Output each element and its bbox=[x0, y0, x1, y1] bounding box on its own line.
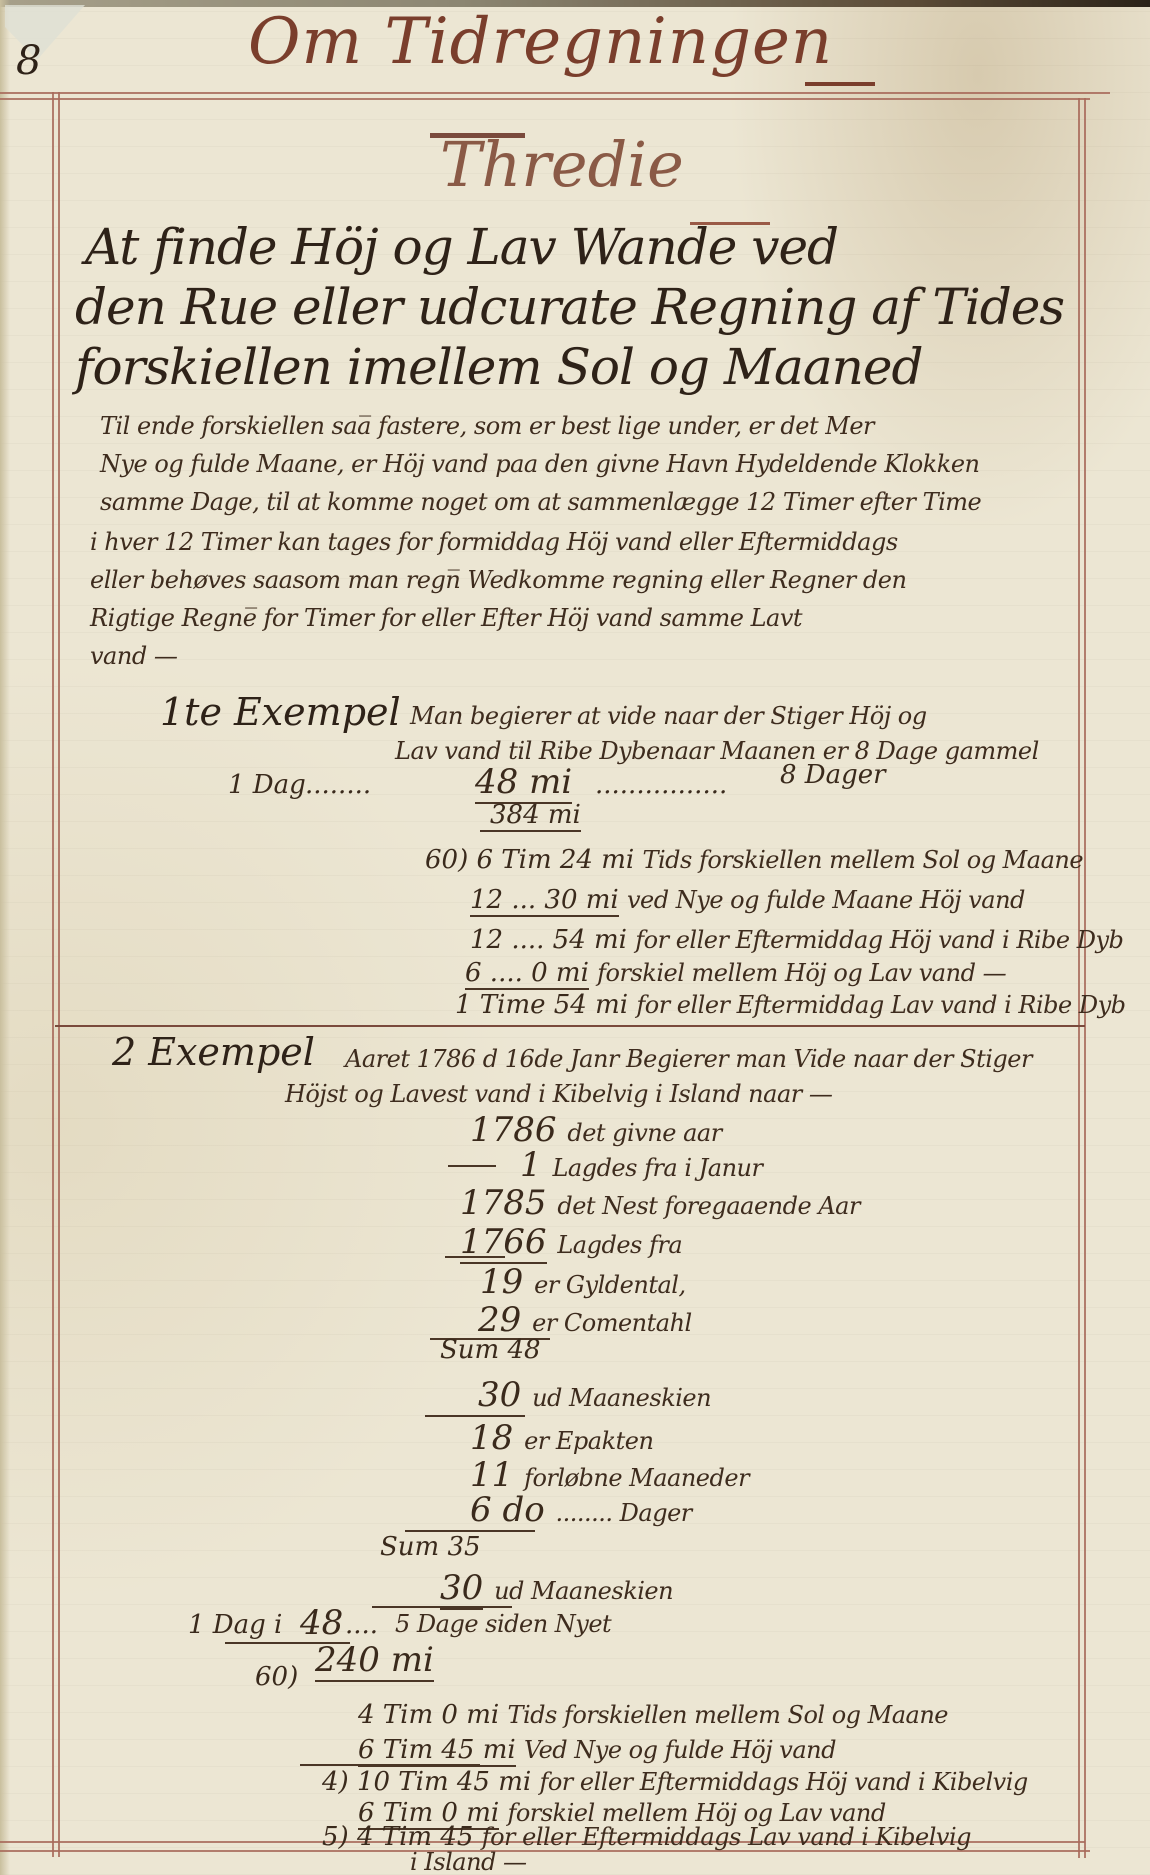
intro-line-7: vand — bbox=[90, 642, 177, 670]
example-1-line-3-text: for eller Eftermiddag Höj vand i Ribe Dy… bbox=[635, 926, 1123, 954]
example-2-step-1-text: det givne aar bbox=[567, 1119, 721, 1147]
example-2-question-1: Aaret 1786 d 16de Janr Begierer man Vide… bbox=[345, 1045, 1032, 1073]
example-2-step-8: 30 ud Maaneskien bbox=[478, 1375, 711, 1415]
example-2-step-5-value: 19 bbox=[480, 1262, 523, 1302]
example-1-line-5-text: for eller Eftermiddag Lav vand i Ribe Dy… bbox=[636, 991, 1125, 1019]
example-2-step-2: 1 Lagdes fra i Janur bbox=[520, 1145, 763, 1185]
example-2-step-4-rule bbox=[445, 1256, 505, 1258]
intro-line-4: i hver 12 Timer kan tages for formiddag … bbox=[90, 528, 898, 556]
example-1-question-1: Man begierer at vide naar der Stiger Höj… bbox=[410, 702, 927, 730]
example-2-step-8-text: ud Maaneskien bbox=[532, 1384, 711, 1412]
example-1-line-2-text: ved Nye og fulde Maane Höj vand bbox=[627, 886, 1025, 914]
example-1-line-3-value: 12 .... 54 mi bbox=[470, 925, 627, 955]
example-2-line-2-value: 6 Tim 45 mi bbox=[358, 1735, 516, 1767]
example-2-step-13-rule bbox=[372, 1606, 512, 1608]
page-number: 8 bbox=[16, 38, 41, 84]
intro-line-6: Rigtige Regne̅ for Timer for eller Efter… bbox=[90, 604, 802, 632]
example-2-line-3-value: 10 Tim 45 mi bbox=[357, 1767, 531, 1797]
example-1-line-1-text: Tids forskiellen mellem Sol og Maane bbox=[642, 846, 1083, 874]
example-1-dots: ........ bbox=[305, 770, 371, 800]
example-2-step-13-text: ud Maaneskien bbox=[494, 1577, 673, 1605]
example-2-line-3-text: for eller Eftermiddags Höj vand i Kibelv… bbox=[539, 1768, 1027, 1796]
heading-line-3: forskiellen imellem Sol og Maaned bbox=[75, 338, 922, 396]
heading-line-1: At finde Höj og Lav Wande ved bbox=[85, 218, 838, 276]
example-2-step-2-text: Lagdes fra i Janur bbox=[552, 1154, 762, 1182]
running-title: Om Tidregningen bbox=[248, 5, 833, 79]
example-2-line-3-prefix: 4) bbox=[322, 1767, 349, 1797]
example-1-line-3: 12 .... 54 mi for eller Eftermiddag Höj … bbox=[470, 925, 1123, 955]
example-2-label: 2 Exempel bbox=[112, 1030, 315, 1074]
example-2-line-2-text: Ved Nye og fulde Höj vand bbox=[524, 1736, 836, 1764]
intro-line-5: eller behøves saasom man regn̅ Wedkomme … bbox=[90, 566, 906, 594]
example-2-line-1-text: Tids forskiellen mellem Sol og Maane bbox=[507, 1701, 948, 1729]
example-1-line-1-prefix: 60) bbox=[425, 845, 468, 875]
example-2-step-8-rule bbox=[425, 1415, 525, 1417]
example-2-step-3-text: det Nest foregaaende Aar bbox=[557, 1192, 860, 1220]
example-2-line-5-text: for eller Eftermiddags Lav vand i Kibelv… bbox=[482, 1823, 971, 1851]
title-flourish bbox=[805, 82, 875, 86]
example-2-step-9-value: 18 bbox=[470, 1418, 513, 1458]
example-2-step-6: 29 er Comentahl bbox=[478, 1300, 692, 1340]
example-2-step-10-value: 11 bbox=[470, 1455, 513, 1495]
example-2-step-3: 1785 det Nest foregaaende Aar bbox=[460, 1183, 860, 1223]
example-1-line-4: 6 .... 0 mi forskiel mellem Höj og Lav v… bbox=[465, 958, 1006, 988]
section-title: Thredie bbox=[440, 128, 684, 201]
intro-line-2: Nye og fulde Maane, er Höj vand paa den … bbox=[100, 450, 980, 478]
intro-line-1: Til ende forskiellen saa̅ fastere, som e… bbox=[100, 412, 874, 440]
example-1-line-5: 1 Time 54 mi for eller Eftermiddag Lav v… bbox=[455, 990, 1126, 1020]
example-1-line-2-value: 12 ... 30 mi bbox=[470, 885, 619, 917]
example-2-sum-2: Sum 35 bbox=[380, 1532, 481, 1562]
example-2-day-dots: .... bbox=[345, 1610, 378, 1640]
example-1-days: 8 Dager bbox=[780, 760, 886, 790]
frame-left-rule-2 bbox=[58, 92, 60, 1857]
example-1-line-2: 12 ... 30 mi ved Nye og fulde Maane Höj … bbox=[470, 885, 1025, 915]
example-divider bbox=[55, 1025, 1085, 1027]
example-2-step-3-value: 1785 bbox=[460, 1183, 547, 1223]
example-2-step-9: 18 er Epakten bbox=[470, 1418, 653, 1458]
example-2-line-5-prefix: 5) bbox=[322, 1822, 349, 1852]
example-2-step-10: 11 forløbne Maaneder bbox=[470, 1455, 749, 1495]
example-1-label: 1te Exempel bbox=[160, 690, 401, 734]
frame-right-rule-1 bbox=[1078, 98, 1080, 1858]
example-2-day-text: 5 Dage siden Nyet bbox=[395, 1610, 611, 1638]
example-2-line-2: 6 Tim 45 mi Ved Nye og fulde Höj vand bbox=[358, 1735, 836, 1765]
example-1-day-label: 1 Dag bbox=[228, 770, 306, 800]
example-2-step-6-text: er Comentahl bbox=[532, 1309, 692, 1337]
section-title-flourish bbox=[430, 133, 525, 138]
example-2-step-4-text: Lagdes fra bbox=[557, 1231, 682, 1259]
example-2-step-5-text: er Gyldental, bbox=[534, 1271, 686, 1299]
example-2-line-6: i Island — bbox=[410, 1848, 527, 1875]
example-2-step-11: 6 do ........ Dager bbox=[470, 1490, 692, 1530]
example-2-step-13-value: 30 bbox=[440, 1568, 483, 1610]
example-2-step-8-value: 30 bbox=[478, 1375, 521, 1417]
example-2-total: 240 mi bbox=[315, 1640, 434, 1682]
example-2-step-2-value: 1 bbox=[520, 1145, 542, 1185]
example-1-question-2: Lav vand til Ribe Dybenaar Maanen er 8 D… bbox=[395, 737, 1039, 765]
example-2-line-3: 4) 10 Tim 45 mi for eller Eftermiddags H… bbox=[322, 1767, 1028, 1797]
intro-line-3: samme Dage, til at komme noget om at sam… bbox=[100, 488, 981, 516]
manuscript-page: 8 Om Tidregningen Thredie At finde Höj o… bbox=[0, 0, 1150, 1875]
example-2-step-11-value: 6 do bbox=[470, 1490, 545, 1530]
frame-right-rule-2 bbox=[1084, 98, 1086, 1858]
frame-top-rule-1 bbox=[0, 92, 1110, 94]
example-1-line-4-text: forskiel mellem Höj og Lav vand — bbox=[597, 959, 1006, 987]
example-2-step-11-text: ........ Dager bbox=[556, 1499, 692, 1527]
page-binding-edge bbox=[0, 0, 10, 1875]
example-2-line-1: 4 Tim 0 mi Tids forskiellen mellem Sol o… bbox=[358, 1700, 948, 1730]
example-2-step-6-value: 29 bbox=[478, 1300, 521, 1340]
example-1-minutes-per-day: 48 mi bbox=[475, 762, 572, 804]
example-1-line-1: 60) 6 Tim 24 mi Tids forskiellen mellem … bbox=[425, 845, 1083, 875]
frame-top-rule-2 bbox=[0, 98, 1090, 100]
example-1-product: 384 mi bbox=[480, 800, 581, 832]
example-2-step-5: 19 er Gyldental, bbox=[480, 1262, 686, 1302]
example-2-line-2-rule bbox=[300, 1764, 480, 1766]
example-2-step-1: 1786 det givne aar bbox=[470, 1110, 722, 1150]
example-1-right-dots: ................ bbox=[595, 770, 727, 800]
example-1-line-4-value: 6 .... 0 mi bbox=[465, 958, 589, 990]
example-2-day-value: 48 bbox=[300, 1603, 343, 1643]
example-2-step-2-rule bbox=[448, 1165, 496, 1167]
example-1-line-5-value: 1 Time 54 mi bbox=[455, 990, 628, 1020]
example-1-line-1-value: 6 Tim 24 mi bbox=[477, 845, 635, 875]
example-2-line-1-value: 4 Tim 0 mi bbox=[358, 1700, 499, 1730]
heading-line-2: den Rue eller udcurate Regning af Tides bbox=[75, 278, 1064, 336]
example-2-step-10-text: forløbne Maaneder bbox=[524, 1464, 749, 1492]
example-2-step-9-text: er Epakten bbox=[524, 1427, 653, 1455]
example-2-prefix: 60) bbox=[255, 1662, 298, 1692]
example-2-step-13: 30 ud Maaneskien bbox=[440, 1568, 673, 1608]
frame-left-rule-1 bbox=[52, 92, 54, 1857]
example-2-sum-1: Sum 48 bbox=[440, 1335, 541, 1365]
example-2-step-1-value: 1786 bbox=[470, 1110, 557, 1150]
example-2-day-label: 1 Dag i bbox=[188, 1610, 282, 1640]
example-2-question-2: Höjst og Lavest vand i Kibelvig i Island… bbox=[285, 1080, 832, 1108]
